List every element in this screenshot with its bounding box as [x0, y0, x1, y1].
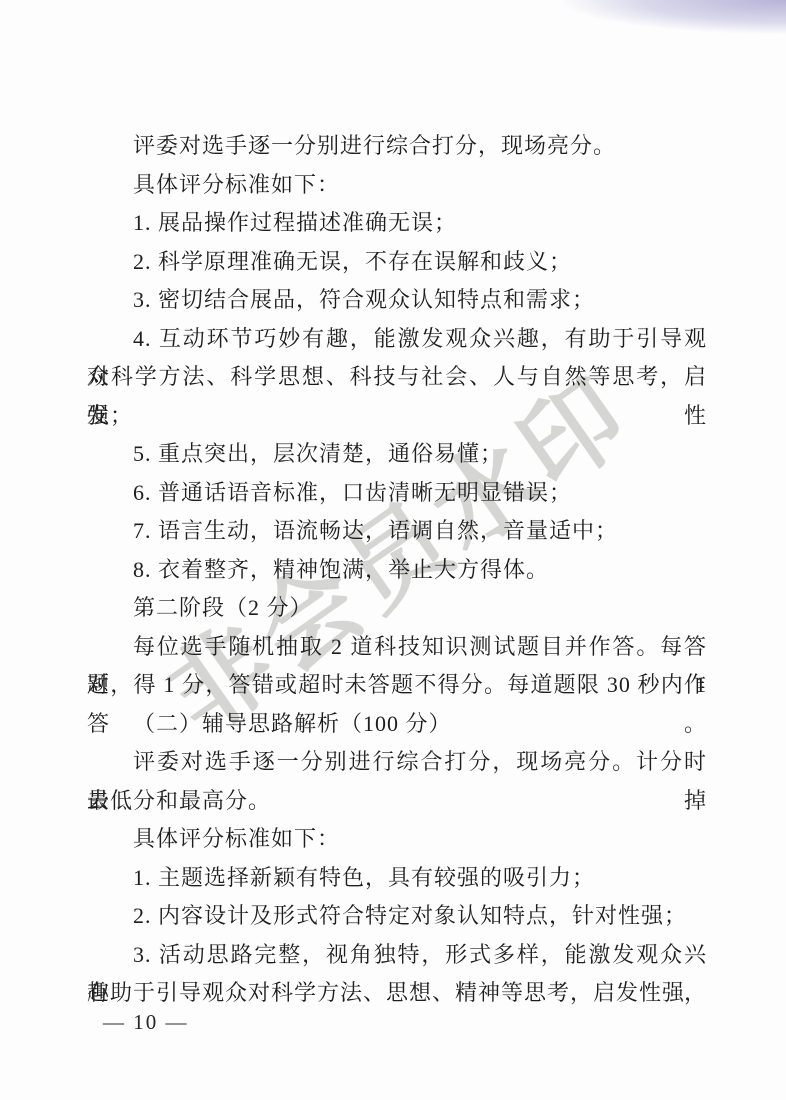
scanned-document-page: 非会员水印 评委对选手逐一分别进行综合打分，现场亮分。具体评分标准如下：1. 展…: [0, 0, 786, 1100]
text-line: 有助于引导观众对科学方法、思想、精神等思考，启发性强: [87, 974, 707, 1013]
text-line: 5. 重点突出，层次清楚，通俗易懂；: [87, 435, 707, 474]
text-line: 对科学方法、科学思想、科技与社会、人与自然等思考，启发性: [87, 358, 707, 397]
text-line: 2. 科学原理准确无误，不存在误解和歧义；: [87, 243, 707, 282]
scan-noise-artifact: [506, 0, 786, 36]
text-line: 具体评分标准如下：: [87, 820, 707, 859]
text-line: 1. 展品操作过程描述准确无误；: [87, 204, 707, 243]
text-line: 每位选手随机抽取 2 道科技知识测试题目并作答。每答对 1: [87, 628, 707, 667]
text-line: 2. 内容设计及形式符合特定对象认知特点，针对性强；: [87, 897, 707, 936]
text-line: 8. 衣着整齐，精神饱满，举止大方得体。: [87, 551, 707, 590]
page-number: — 10 —: [103, 1010, 189, 1035]
text-line: 3. 密切结合展品，符合观众认知特点和需求；: [87, 281, 707, 320]
text-line: 评委对选手逐一分别进行综合打分，现场亮分。计分时去掉: [87, 743, 707, 782]
text-line: 3. 活动思路完整，视角独特，形式多样，能激发观众兴趣，: [87, 936, 707, 975]
document-body: 评委对选手逐一分别进行综合打分，现场亮分。具体评分标准如下：1. 展品操作过程描…: [87, 127, 707, 1013]
text-line: 4. 互动环节巧妙有趣，能激发观众兴趣，有助于引导观众: [87, 320, 707, 359]
text-line: 具体评分标准如下：: [87, 166, 707, 205]
text-line: 评委对选手逐一分别进行综合打分，现场亮分。: [87, 127, 707, 166]
text-line: 题，得 1 分，答错或超时未答题不得分。每道题限 30 秒内作答。: [87, 666, 707, 705]
text-line: 1. 主题选择新颖有特色，具有较强的吸引力；: [87, 859, 707, 898]
text-line: 第二阶段（2 分）: [87, 589, 707, 628]
text-line: 7. 语言生动，语流畅达，语调自然，音量适中；: [87, 512, 707, 551]
text-line: 6. 普通话语音标准，口齿清晰无明显错误；: [87, 474, 707, 513]
